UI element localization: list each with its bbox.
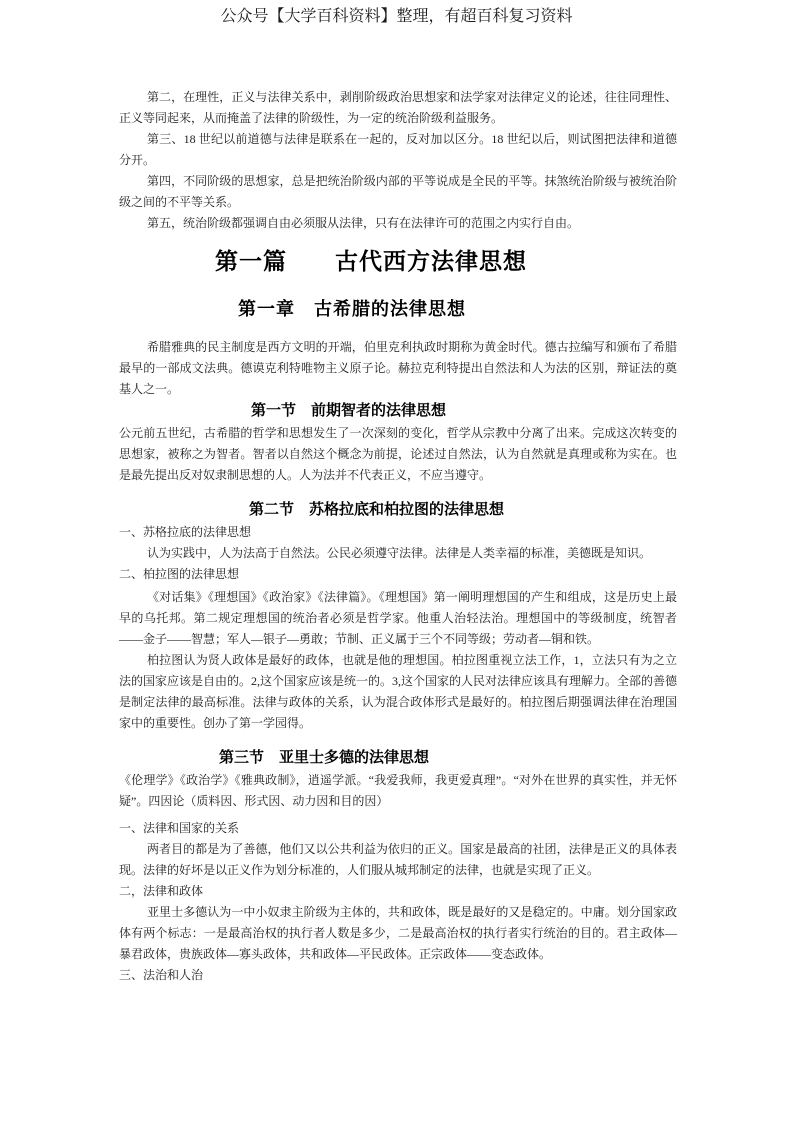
document-title: 第一篇 古代西方法律思想	[215, 246, 677, 276]
list-heading: 一、法律和国家的关系	[119, 818, 677, 839]
paragraph: 第二，在理性，正义与法律关系中，剥削阶级政治思想家和法学家对法律定义的论述，往往…	[119, 87, 677, 129]
document-page: 公众号【大学百科资料】整理，有超百科复习资料 第二，在理性，正义与法律关系中，剥…	[0, 0, 793, 1122]
paragraph: 希腊雅典的民主制度是西方文明的开端，伯里克利执政时期称为黄金时代。德古拉编写和颁…	[119, 337, 677, 400]
document-content: 第二，在理性，正义与法律关系中，剥削阶级政治思想家和法学家对法律定义的论述，往往…	[119, 87, 677, 986]
paragraph: 第五，统治阶级都强调自由必须服从法律，只有在法律许可的范围之内实行自由。	[119, 213, 677, 234]
list-heading: 一、苏格拉底的法律思想	[119, 522, 677, 543]
paragraph: 第四，不同阶级的思想家，总是把统治阶级内部的平等说成是全民的平等。抹煞统治阶级与…	[119, 171, 677, 213]
paragraph: 认为实践中，人为法高于自然法。公民必须遵守法律。法律是人类幸福的标准，美德既是知…	[119, 543, 677, 564]
section-heading-3: 第三节 亚里士多德的法律思想	[219, 747, 677, 768]
paragraph: 公元前五世纪，古希腊的哲学和思想发生了一次深刻的变化，哲学从宗教中分离了出来。完…	[119, 423, 677, 486]
section-heading-2: 第二节 苏格拉底和柏拉图的法律思想	[249, 499, 677, 520]
list-heading: 二，法律和政体	[119, 881, 677, 902]
paragraph: 《伦理学》《政治学》《雅典政制》，逍遥学派。“我爱我师，我更爱真理”。“对外在世…	[119, 770, 677, 812]
page-header: 公众号【大学百科资料】整理，有超百科复习资料	[0, 6, 793, 28]
paragraph: 柏拉图认为贤人政体是最好的政体，也就是他的理想国。柏拉图重视立法工作，1，立法只…	[119, 650, 677, 734]
paragraph: 第三、18 世纪以前道德与法律是联系在一起的，反对加以区分。18 世纪以后，则试…	[119, 129, 677, 171]
paragraph: 两者目的都是为了善德，他们又以公共利益为依归的正义。国家是最高的社团，法律是正义…	[119, 839, 677, 881]
section-heading-1: 第一节 前期智者的法律思想	[251, 400, 677, 421]
paragraph: 亚里士多德认为一中小奴隶主阶级为主体的，共和政体，既是最好的又是稳定的。中庸。划…	[119, 902, 677, 965]
list-heading: 三、法治和人治	[119, 965, 677, 986]
list-heading: 二、柏拉图的法律思想	[119, 564, 677, 585]
paragraph: 《对话集》《理想国》《政治家》《法律篇》。《理想国》第一阐明理想国的产生和组成，…	[119, 587, 677, 650]
chapter-heading: 第一章 古希腊的法律思想	[238, 297, 677, 321]
